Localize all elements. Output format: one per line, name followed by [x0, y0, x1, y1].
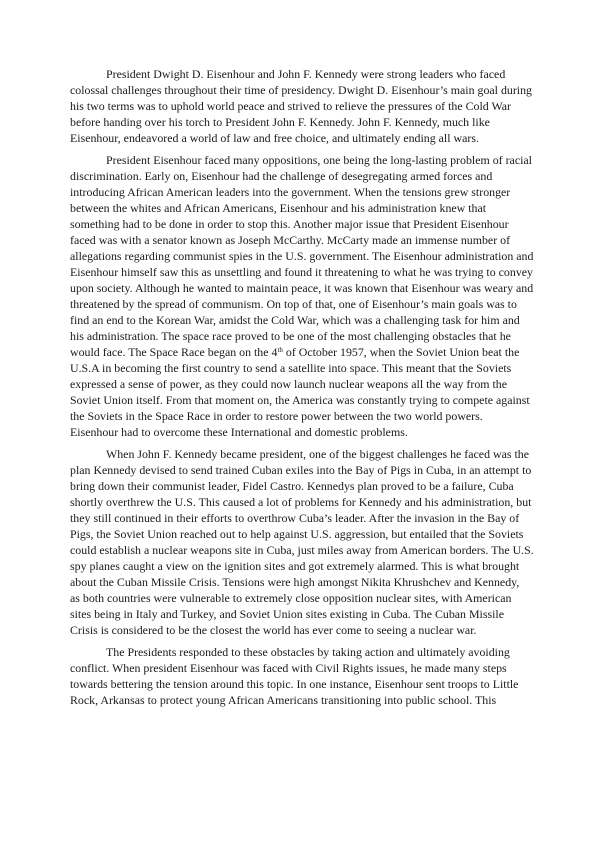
- text-line: Eisenhour himself saw this as unsettling…: [70, 264, 528, 280]
- text-line: faced was with a senator known as Joseph…: [70, 232, 528, 248]
- text-line: threatened by the spread of communism. O…: [70, 296, 528, 312]
- text-line: about the Cuban Missile Crisis. Tensions…: [70, 574, 528, 590]
- text-line: allegations regarding communist spies in…: [70, 248, 528, 264]
- text-line: shortly overthrew the U.S. This caused a…: [70, 494, 528, 510]
- text-line: upon society. Although he wanted to main…: [70, 280, 528, 296]
- text-line: President Eisenhour faced many oppositio…: [70, 152, 528, 168]
- text-line: sites being in Italy and Turkey, and Sov…: [70, 606, 528, 622]
- text-line: Soviet Union itself. From that moment on…: [70, 392, 528, 408]
- text-line: Eisenhour had to overcome these Internat…: [70, 424, 528, 440]
- paragraph-3: When John F. Kennedy became president, o…: [70, 446, 528, 638]
- paragraph-1: President Dwight D. Eisenhour and John F…: [70, 66, 528, 146]
- text-line-with-superscript: would face. The Space Race began on the …: [70, 344, 528, 360]
- text-line: as both countries were vulnerable to ext…: [70, 590, 528, 606]
- document-page: President Dwight D. Eisenhour and John F…: [70, 66, 528, 714]
- text-line: When John F. Kennedy became president, o…: [70, 446, 528, 462]
- text-line: colossal challenges throughout their tim…: [70, 82, 528, 98]
- text-line: could establish a nuclear weapons site i…: [70, 542, 528, 558]
- text-line: before handing over his torch to Preside…: [70, 114, 528, 130]
- text-line: Rock, Arkansas to protect young African …: [70, 692, 528, 708]
- text-line: conflict. When president Eisenhour was f…: [70, 660, 528, 676]
- text-line: Eisenhour, endeavored a world of law and…: [70, 130, 528, 146]
- text-run: of October 1957, when the Soviet Union b…: [283, 345, 519, 359]
- text-line: President Dwight D. Eisenhour and John F…: [70, 66, 528, 82]
- text-line: The Presidents responded to these obstac…: [70, 644, 528, 660]
- text-line: between the whites and African Americans…: [70, 200, 528, 216]
- text-line: introducing African American leaders int…: [70, 184, 528, 200]
- text-line: Pigs, the Soviet Union reached out to he…: [70, 526, 528, 542]
- text-line: plan Kennedy devised to send trained Cub…: [70, 462, 528, 478]
- text-line: U.S.A in becoming the first country to s…: [70, 360, 528, 376]
- text-line: the Soviets in the Space Race in order t…: [70, 408, 528, 424]
- text-line: spy planes caught a view on the ignition…: [70, 558, 528, 574]
- text-line: discrimination. Early on, Eisenhour had …: [70, 168, 528, 184]
- paragraph-2: President Eisenhour faced many oppositio…: [70, 152, 528, 440]
- text-line: they still continued in their efforts to…: [70, 510, 528, 526]
- text-line: bring down their communist leader, Fidel…: [70, 478, 528, 494]
- text-line: his administration. The space race prove…: [70, 328, 528, 344]
- text-run: would face. The Space Race began on the …: [70, 345, 277, 359]
- text-line: expressed a sense of power, as they coul…: [70, 376, 528, 392]
- text-line: his two terms was to uphold world peace …: [70, 98, 528, 114]
- text-line: Crisis is considered to be the closest t…: [70, 622, 528, 638]
- paragraph-4: The Presidents responded to these obstac…: [70, 644, 528, 708]
- text-line: towards bettering the tension around thi…: [70, 676, 528, 692]
- text-line: find an end to the Korean War, amidst th…: [70, 312, 528, 328]
- text-line: something had to be done in order to sto…: [70, 216, 528, 232]
